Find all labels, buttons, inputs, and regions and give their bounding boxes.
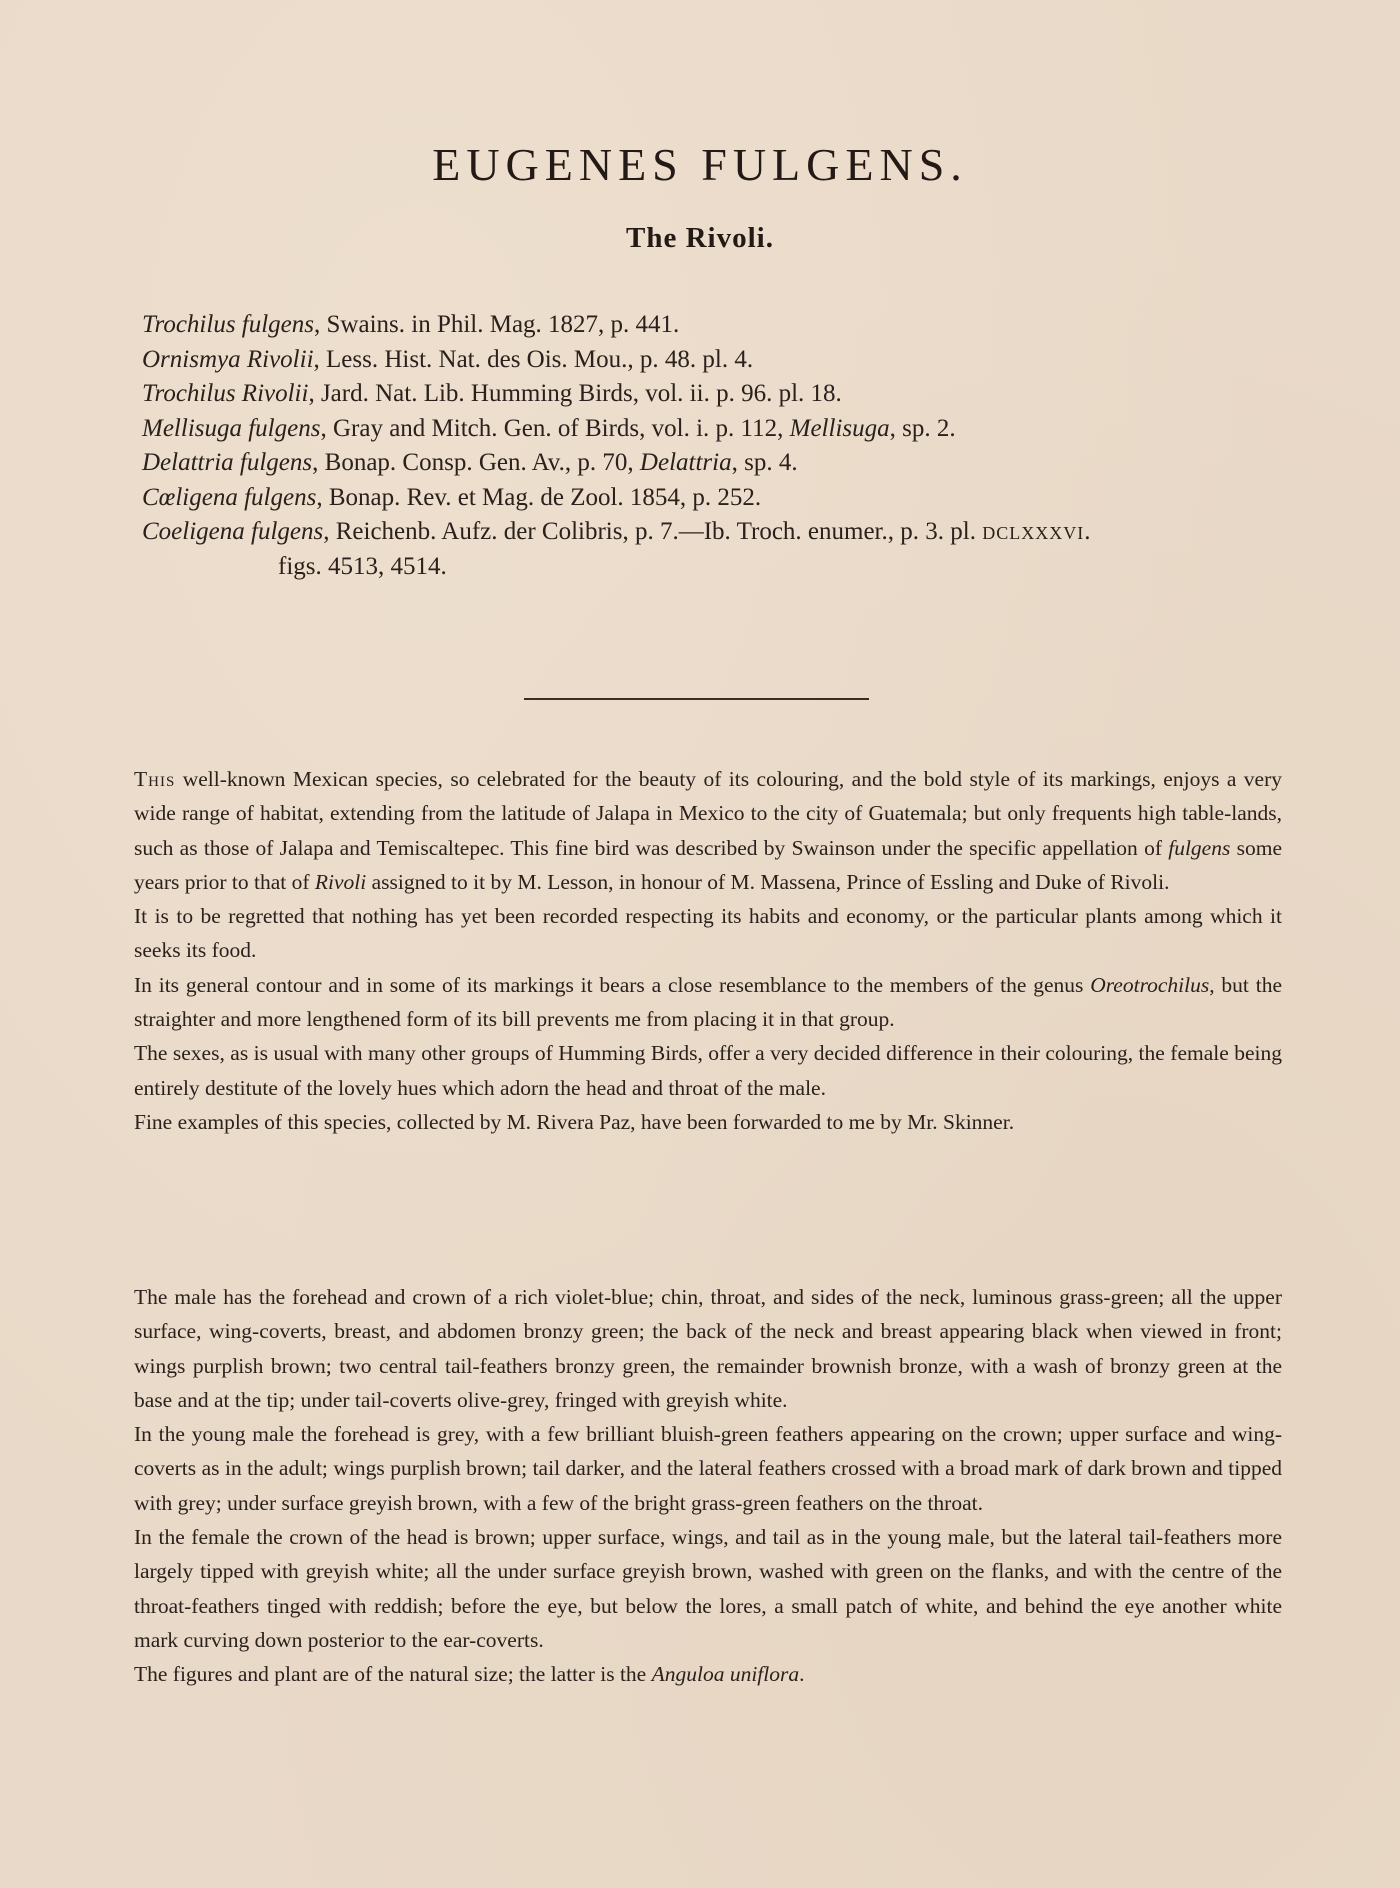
synonym-name: Mellisuga fulgens — [142, 415, 320, 442]
synonym-genus: Mellisuga — [790, 415, 890, 442]
synonym-name: Coeligena fulgens — [142, 518, 323, 545]
synonym-entry: Trochilus fulgens, Swains. in Phil. Mag.… — [142, 308, 1312, 343]
synonymy-list: Trochilus fulgens, Swains. in Phil. Mag.… — [142, 308, 1312, 584]
species-epithet: fulgens — [1168, 836, 1230, 860]
synonym-name: Ornismya Rivolii — [142, 346, 314, 373]
lead-word: This — [134, 767, 175, 791]
synonym-name: Trochilus fulgens — [142, 311, 314, 338]
intro-text: well-known Mexican species, so celebrate… — [134, 767, 1282, 860]
female-description: In the female the crown of the head is b… — [134, 1520, 1282, 1657]
figures-text: . — [799, 1662, 804, 1686]
synonym-entry: Cœligena fulgens, Bonap. Rev. et Mag. de… — [142, 481, 1312, 516]
figures-note: The figures and plant are of the natural… — [134, 1657, 1282, 1691]
species-epithet: Rivoli — [315, 870, 366, 894]
plate-number: dclxxxvi. — [982, 518, 1091, 545]
synonym-reference: , Gray and Mitch. Gen. of Birds, vol. i.… — [320, 415, 789, 442]
synonym-entry: Mellisuga fulgens, Gray and Mitch. Gen. … — [142, 412, 1312, 447]
synonym-species-number: , sp. 2. — [890, 415, 956, 442]
introduction-section: This well-known Mexican species, so cele… — [134, 762, 1282, 1139]
synonym-entry: Trochilus Rivolii, Jard. Nat. Lib. Hummi… — [142, 377, 1312, 412]
page-title: EUGENES FULGENS. — [0, 138, 1400, 191]
male-description: The male has the forehead and crown of a… — [134, 1280, 1282, 1417]
synonym-reference: , Bonap. Consp. Gen. Av., p. 70, — [312, 449, 640, 476]
sexes-paragraph: The sexes, as is usual with many other g… — [134, 1036, 1282, 1105]
synonym-name: Cœligena fulgens — [142, 484, 316, 511]
description-section: The male has the forehead and crown of a… — [134, 1280, 1282, 1692]
section-divider — [524, 698, 869, 700]
synonym-entry: Ornismya Rivolii, Less. Hist. Nat. des O… — [142, 343, 1312, 378]
synonym-name: Delattria fulgens — [142, 449, 312, 476]
synonym-reference: , Less. Hist. Nat. des Ois. Mou., p. 48.… — [314, 346, 754, 373]
synonym-entry: Delattria fulgens, Bonap. Consp. Gen. Av… — [142, 446, 1312, 481]
synonym-reference: , Bonap. Rev. et Mag. de Zool. 1854, p. … — [316, 484, 761, 511]
page: EUGENES FULGENS. The Rivoli. Trochilus f… — [0, 0, 1400, 1888]
synonym-species-number: , sp. 4. — [732, 449, 798, 476]
synonym-reference: , Reichenb. Aufz. der Colibris, p. 7.—Ib… — [323, 518, 982, 545]
habits-paragraph: It is to be regretted that nothing has y… — [134, 899, 1282, 968]
synonym-entry: Coeligena fulgens, Reichenb. Aufz. der C… — [142, 515, 1312, 550]
common-name: The Rivoli. — [0, 222, 1400, 255]
synonym-continuation: figs. 4513, 4514. — [142, 550, 1312, 585]
synonym-genus: Delattria — [640, 449, 732, 476]
intro-paragraph: This well-known Mexican species, so cele… — [134, 762, 1282, 899]
synonym-reference: , Swains. in Phil. Mag. 1827, p. 441. — [314, 311, 679, 338]
intro-text: assigned to it by M. Lesson, in honour o… — [366, 870, 1169, 894]
synonym-reference: , Jard. Nat. Lib. Humming Birds, vol. ii… — [308, 380, 841, 407]
young-male-description: In the young male the forehead is grey, … — [134, 1417, 1282, 1520]
synonym-name: Trochilus Rivolii — [142, 380, 308, 407]
affinity-text: In its general contour and in some of it… — [134, 973, 1090, 997]
figures-text: The figures and plant are of the natural… — [134, 1662, 652, 1686]
genus-name: Oreotrochilus — [1090, 973, 1209, 997]
plant-name: Anguloa uniflora — [652, 1662, 800, 1686]
affinity-paragraph: In its general contour and in some of it… — [134, 968, 1282, 1037]
specimens-paragraph: Fine examples of this species, collected… — [134, 1105, 1282, 1139]
